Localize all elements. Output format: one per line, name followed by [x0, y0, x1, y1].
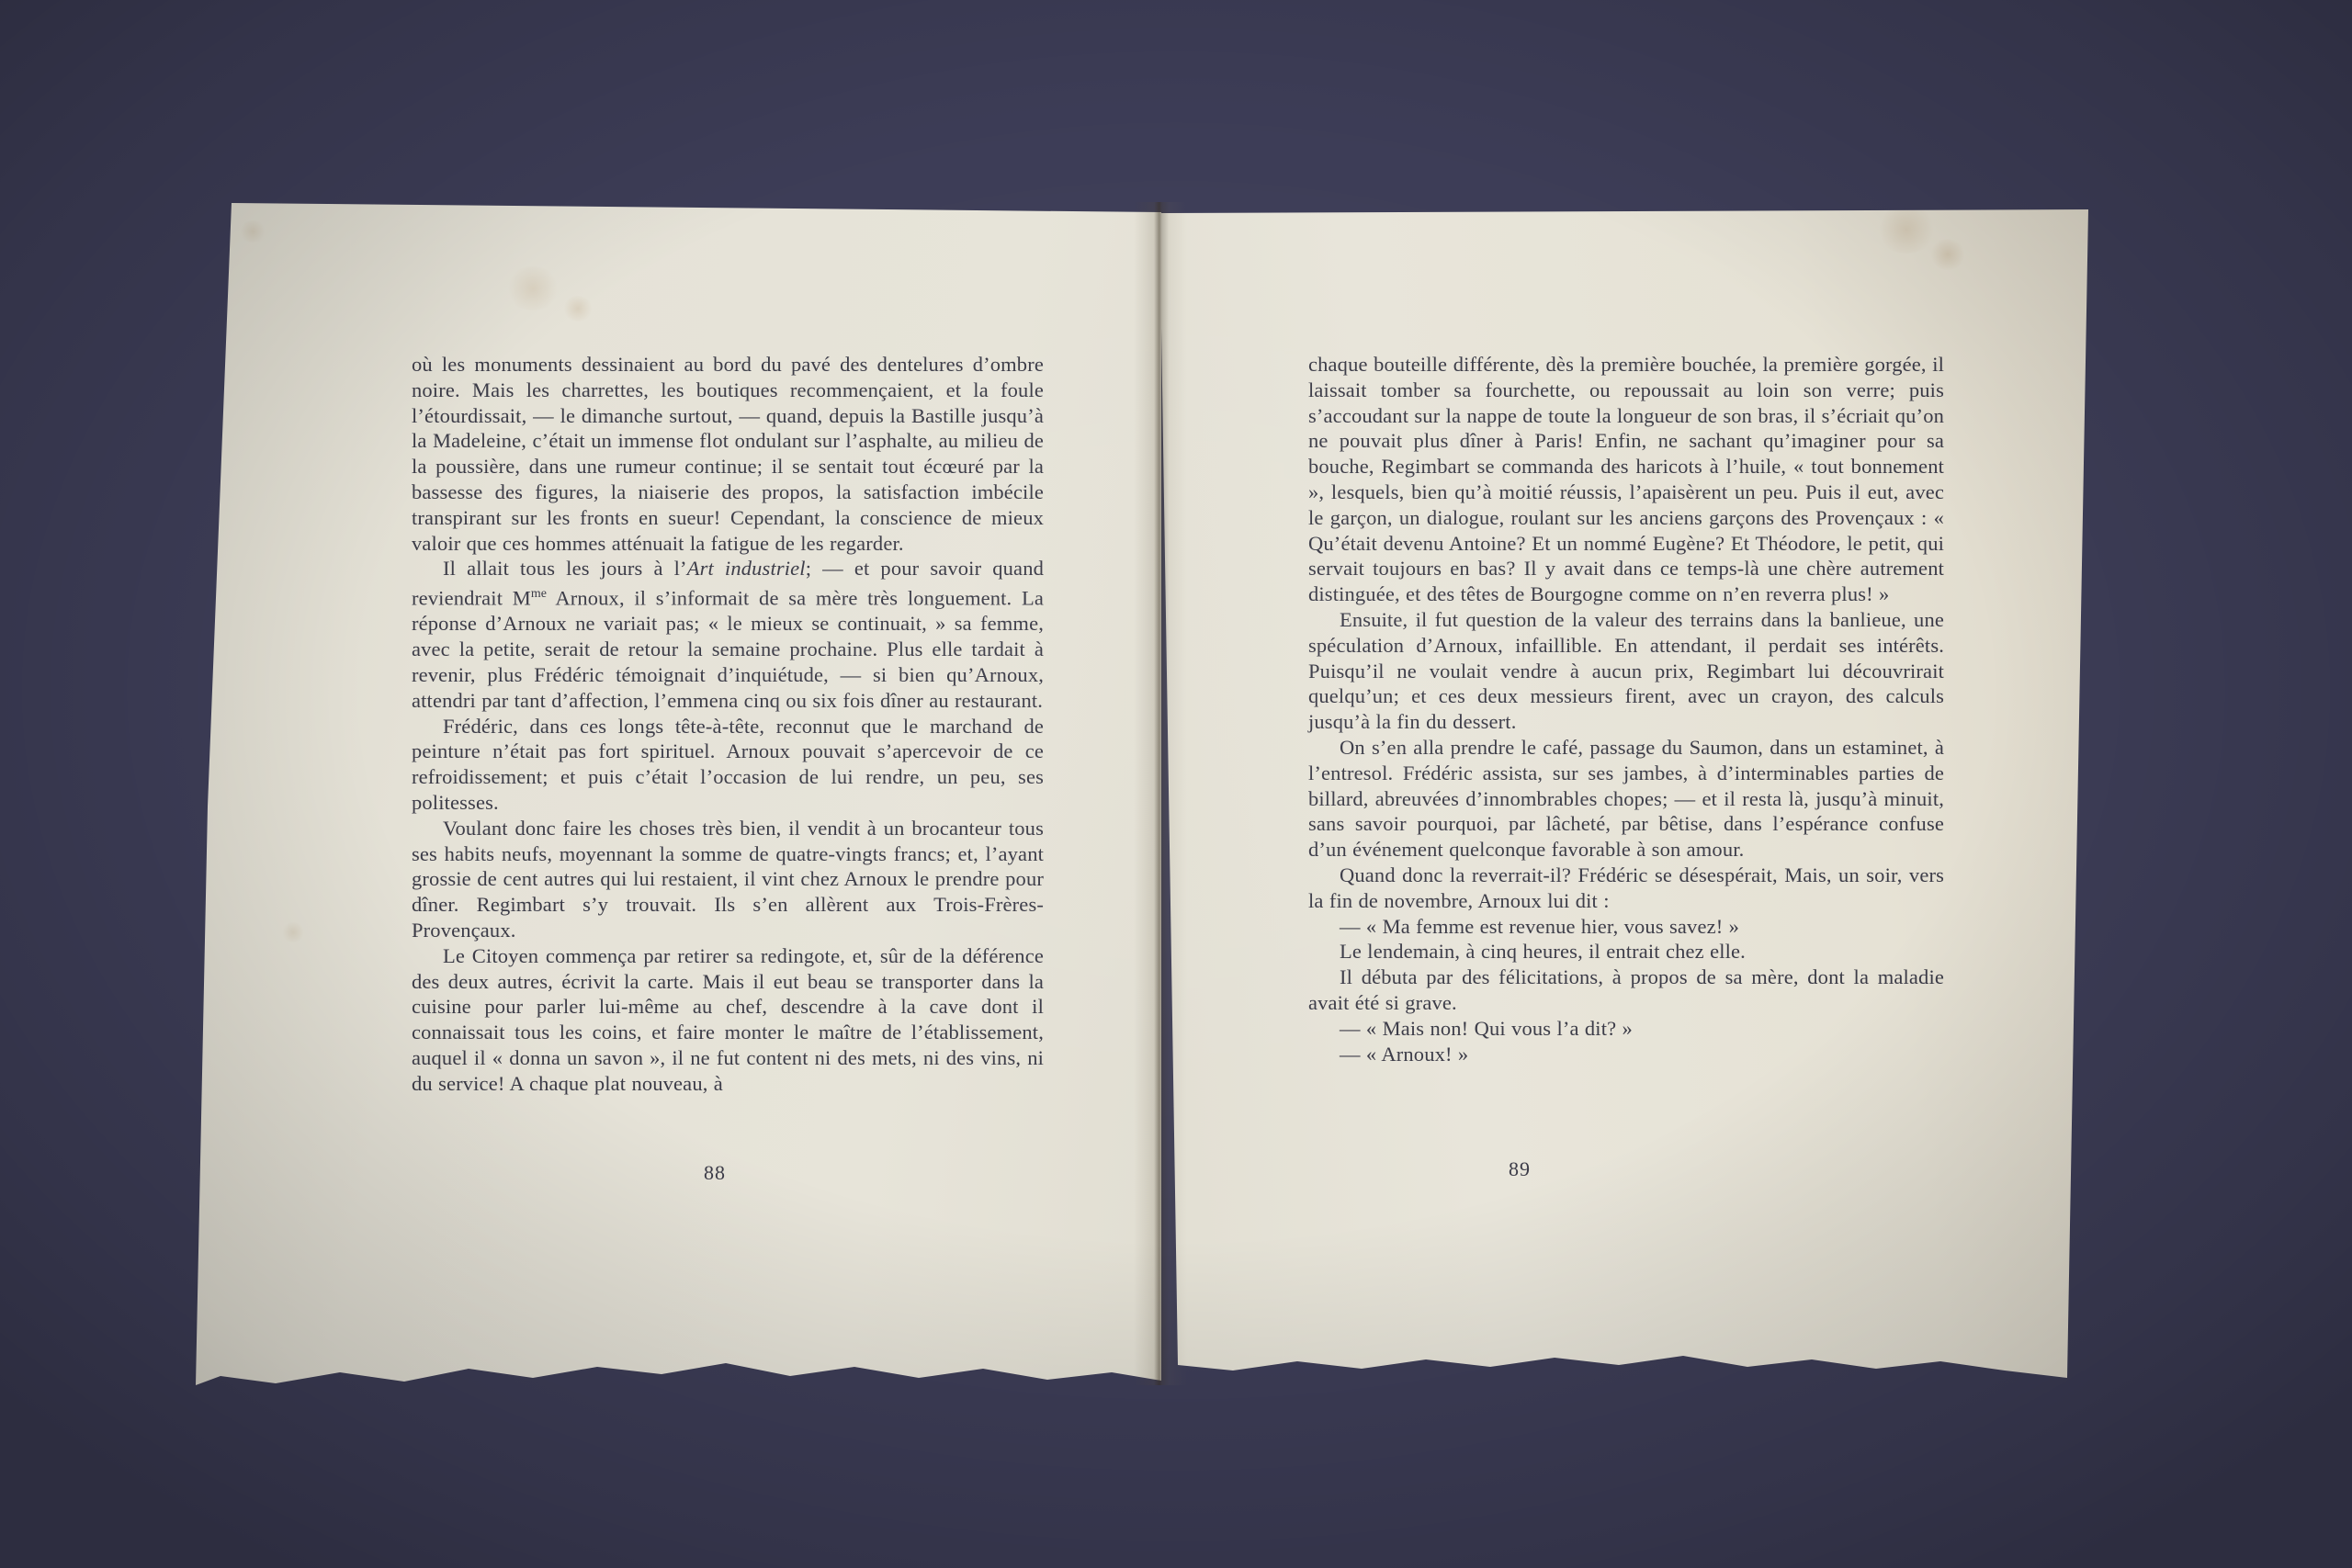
paragraph: On s’en alla prendre le café, passage du…	[1308, 735, 1944, 863]
left-page-number: 88	[399, 1161, 1031, 1185]
paragraph: Il allait tous les jours à l’Art industr…	[412, 556, 1044, 713]
body-text: On s’en alla prendre le café, passage du…	[1308, 736, 1944, 861]
paragraph: Quand donc la reverrait-il? Frédéric se …	[1308, 863, 1944, 914]
paragraph: Le lendemain, à cinq heures, il entrait …	[1308, 939, 1944, 964]
italic-text: Art industriel	[687, 557, 806, 580]
superscript-text: me	[531, 587, 547, 601]
paragraph: Le Citoyen commença par retirer sa redin…	[412, 943, 1044, 1097]
body-text: — « Mais non! Qui vous l’a dit? »	[1340, 1017, 1633, 1040]
paragraph: — « Arnoux! »	[1308, 1042, 1944, 1067]
paragraph: chaque bouteille différente, dès la prem…	[1308, 352, 1944, 607]
paragraph: Ensuite, il fut question de la valeur de…	[1308, 607, 1944, 735]
body-text: où les monuments dessinaient au bord du …	[412, 353, 1044, 555]
body-text: Ensuite, il fut question de la valeur de…	[1308, 608, 1944, 733]
paragraph: Voulant donc faire les choses très bien,…	[412, 816, 1044, 943]
paragraph: — « Mais non! Qui vous l’a dit? »	[1308, 1016, 1944, 1042]
foxing-stain	[281, 922, 305, 942]
foxing-stain	[1876, 206, 1937, 254]
paragraph: Frédéric, dans ces longs tête-à-tête, re…	[412, 714, 1044, 816]
body-text: Voulant donc faire les choses très bien,…	[412, 817, 1044, 942]
body-text: Frédéric, dans ces longs tête-à-tête, re…	[412, 715, 1044, 814]
paragraph: où les monuments dessinaient au bord du …	[412, 352, 1044, 556]
foxing-stain	[505, 266, 560, 310]
foxing-stain	[562, 296, 594, 321]
left-page-text: où les monuments dessinaient au bord du …	[412, 352, 1044, 1097]
foxing-stain	[1929, 239, 1966, 270]
body-text: Il débuta par des félicitations, à propo…	[1308, 965, 1944, 1014]
body-text: — « Arnoux! »	[1340, 1043, 1468, 1066]
body-text: chaque bouteille différente, dès la prem…	[1308, 353, 1944, 605]
left-page: où les monuments dessinaient au bord du …	[193, 200, 1161, 1391]
body-text: Le lendemain, à cinq heures, il entrait …	[1340, 940, 1746, 963]
body-text: Il allait tous les jours à l’	[443, 557, 687, 580]
paragraph: Il débuta par des félicitations, à propo…	[1308, 964, 1944, 1016]
foxing-stain	[239, 220, 266, 243]
right-page-number: 89	[1204, 1157, 1836, 1181]
body-text: Quand donc la reverrait-il? Frédéric se …	[1308, 863, 1944, 912]
paragraph: — « Ma femme est revenue hier, vous save…	[1308, 914, 1944, 940]
body-text: Le Citoyen commença par retirer sa redin…	[412, 944, 1044, 1095]
right-page: chaque bouteille différente, dès la prem…	[1159, 206, 2093, 1385]
right-page-text: chaque bouteille différente, dès la prem…	[1308, 352, 1944, 1066]
body-text: — « Ma femme est revenue hier, vous save…	[1340, 915, 1739, 938]
